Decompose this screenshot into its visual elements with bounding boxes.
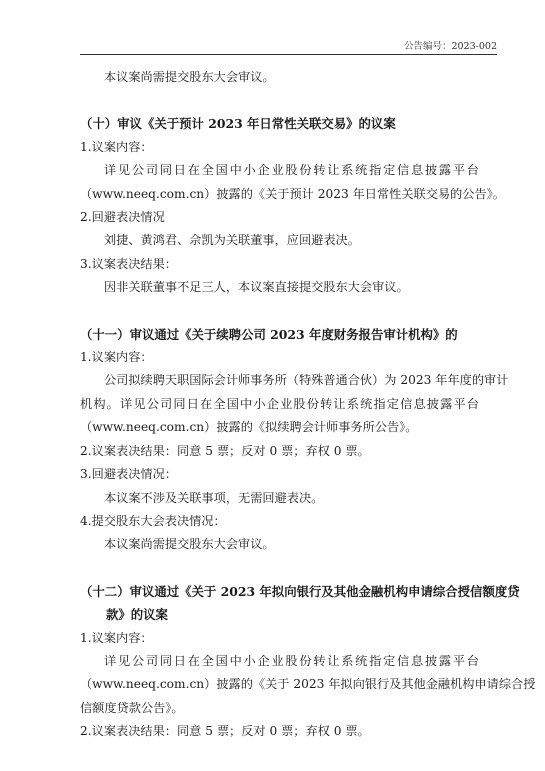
item-label: 2.回避表决情况 (80, 206, 479, 229)
vote-result: 2.议案表决结果：同意 5 票；反对 0 票；弃权 0 票。 (80, 440, 479, 463)
paragraph-line: 信额度贷款公告》。 (80, 697, 479, 720)
item-label: 4.提交股东大会表决情况： (80, 510, 479, 533)
spacer (80, 557, 479, 580)
paragraph-line: （www.neeq.com.cn）披露的《关于预计 2023 年日常性关联交易的… (80, 183, 479, 206)
paragraph-line: 公司拟续聘天职国际会计师事务所（特殊普通合伙）为 2023 年年度的审计 (80, 369, 479, 392)
paragraph-line: 本议案不涉及关联事项，无需回避表决。 (80, 487, 479, 510)
paragraph-line: 详见公司同日在全国中小企业股份转让系统指定信息披露平台 (80, 159, 479, 182)
item-label: 3.回避表决情况： (80, 463, 479, 486)
section-title: （十）审议《关于预计 2023 年日常性关联交易》的议案 (80, 112, 479, 135)
item-label: 3.议案表决结果： (80, 253, 479, 276)
section-10: （十）审议《关于预计 2023 年日常性关联交易》的议案 1.议案内容： 详见公… (80, 112, 479, 299)
paragraph-line: 本议案尚需提交股东大会审议。 (80, 533, 479, 556)
item-label: 1.议案内容： (80, 136, 479, 159)
vote-result: 2.议案表决结果：同意 5 票；反对 0 票；弃权 0 票。 (80, 720, 479, 743)
spacer (80, 89, 479, 112)
section-11: （十一）审议通过《关于续聘公司 2023 年度财务报告审计机构》的 1.议案内容… (80, 323, 479, 557)
intro-text: 本议案尚需提交股东大会审议。 (80, 66, 479, 89)
header-divider (80, 54, 497, 55)
section-title-continued: 款》的议案 (80, 603, 479, 626)
paragraph-line: （www.neeq.com.cn）披露的《拟续聘会计师事务所公告》。 (80, 416, 479, 439)
section-12: （十二）审议通过《关于 2023 年拟向银行及其他金融机构申请综合授信额度贷 款… (80, 580, 479, 744)
page-header-number: 公告编号：2023-002 (404, 38, 497, 52)
paragraph-line: 刘捷、黄鸿君、佘凯为关联董事，应回避表决。 (80, 229, 479, 252)
item-label: 1.议案内容： (80, 627, 479, 650)
paragraph-line: 机构。详见公司同日在全国中小企业股份转让系统指定信息披露平台 (80, 393, 479, 416)
paragraph-line: 因非关联董事不足三人，本议案直接提交股东大会审议。 (80, 276, 479, 299)
section-title: （十二）审议通过《关于 2023 年拟向银行及其他金融机构申请综合授信额度贷 (80, 580, 479, 603)
section-title: （十一）审议通过《关于续聘公司 2023 年度财务报告审计机构》的 (80, 323, 479, 346)
paragraph-line: （www.neeq.com.cn）披露的《关于 2023 年拟向银行及其他金融机… (80, 673, 479, 696)
paragraph-line: 详见公司同日在全国中小企业股份转让系统指定信息披露平台 (80, 650, 479, 673)
item-label: 1.议案内容： (80, 346, 479, 369)
document-body: 本议案尚需提交股东大会审议。 （十）审议《关于预计 2023 年日常性关联交易》… (80, 66, 479, 744)
spacer (80, 300, 479, 323)
